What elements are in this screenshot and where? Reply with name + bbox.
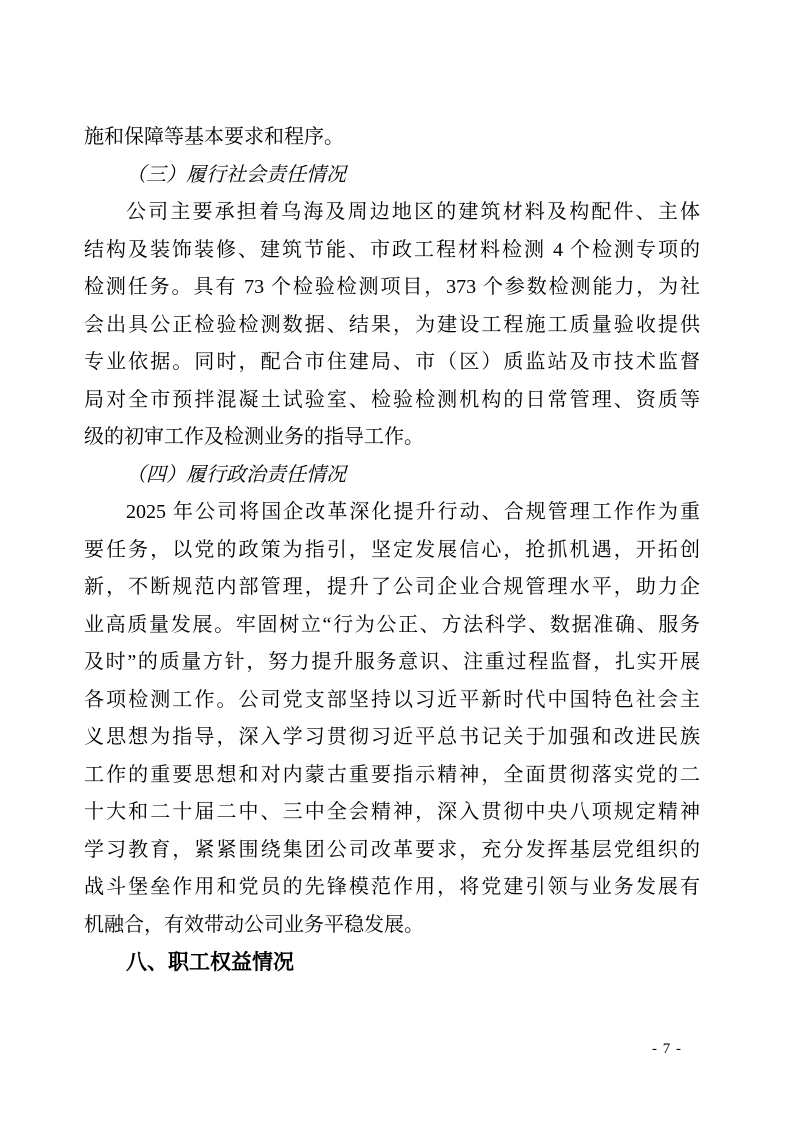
- body-line: 级的初审工作及检测业务的指导工作。: [84, 419, 700, 457]
- body-line: 新，不断规范内部管理，提升了公司企业合规管理水平，助力企: [84, 569, 700, 607]
- body-line: 及时”的质量方针，努力提升服务意识、注重过程监督，扎实开展: [84, 644, 700, 682]
- body-line: 2025 年公司将国企改革深化提升行动、合规管理工作作为重: [84, 494, 700, 532]
- body-line: 施和保障等基本要求和程序。: [84, 119, 700, 157]
- body-line: 战斗堡垒作用和党员的先锋模范作用，将党建引领与业务发展有: [84, 869, 700, 907]
- body-line: 会出具公正检验检测数据、结果，为建设工程施工质量验收提供: [84, 307, 700, 345]
- body-line: 结构及装饰装修、建筑节能、市政工程材料检测 4 个检测专项的: [84, 232, 700, 270]
- body-line: 专业依据。同时，配合市住建局、市（区）质监站及市技术监督: [84, 344, 700, 382]
- body-line: 工作的重要思想和对内蒙古重要指示精神，全面贯彻落实党的二: [84, 757, 700, 795]
- subsection-heading-3: （三）履行社会责任情况: [84, 157, 700, 195]
- body-line: 公司主要承担着乌海及周边地区的建筑材料及构配件、主体: [84, 194, 700, 232]
- body-line: 业高质量发展。牢固树立“行为公正、方法科学、数据准确、服务: [84, 607, 700, 645]
- body-line: 机融合，有效带动公司业务平稳发展。: [84, 907, 700, 945]
- body-line: 十大和二十届二中、三中全会精神，深入贯彻中央八项规定精神: [84, 794, 700, 832]
- section-heading-8: 八、职工权益情况: [84, 944, 700, 982]
- document-text-block: 施和保障等基本要求和程序。 （三）履行社会责任情况 公司主要承担着乌海及周边地区…: [84, 119, 700, 982]
- body-line: 各项检测工作。公司党支部坚持以习近平新时代中国特色社会主: [84, 682, 700, 720]
- body-line: 学习教育，紧紧围绕集团公司改革要求，充分发挥基层党组织的: [84, 832, 700, 870]
- body-line: 义思想为指导，深入学习贯彻习近平总书记关于加强和改进民族: [84, 719, 700, 757]
- body-line: 局对全市预拌混凝土试验室、检验检测机构的日常管理、资质等: [84, 382, 700, 420]
- subsection-heading-4: （四）履行政治责任情况: [84, 457, 700, 495]
- body-line: 要任务，以党的政策为指引，坚定发展信心，抢抓机遇，开拓创: [84, 532, 700, 570]
- document-page: 施和保障等基本要求和程序。 （三）履行社会责任情况 公司主要承担着乌海及周边地区…: [0, 0, 793, 1122]
- page-number: - 7 -: [652, 1040, 682, 1058]
- body-line: 检测任务。具有 73 个检验检测项目，373 个参数检测能力，为社: [84, 269, 700, 307]
